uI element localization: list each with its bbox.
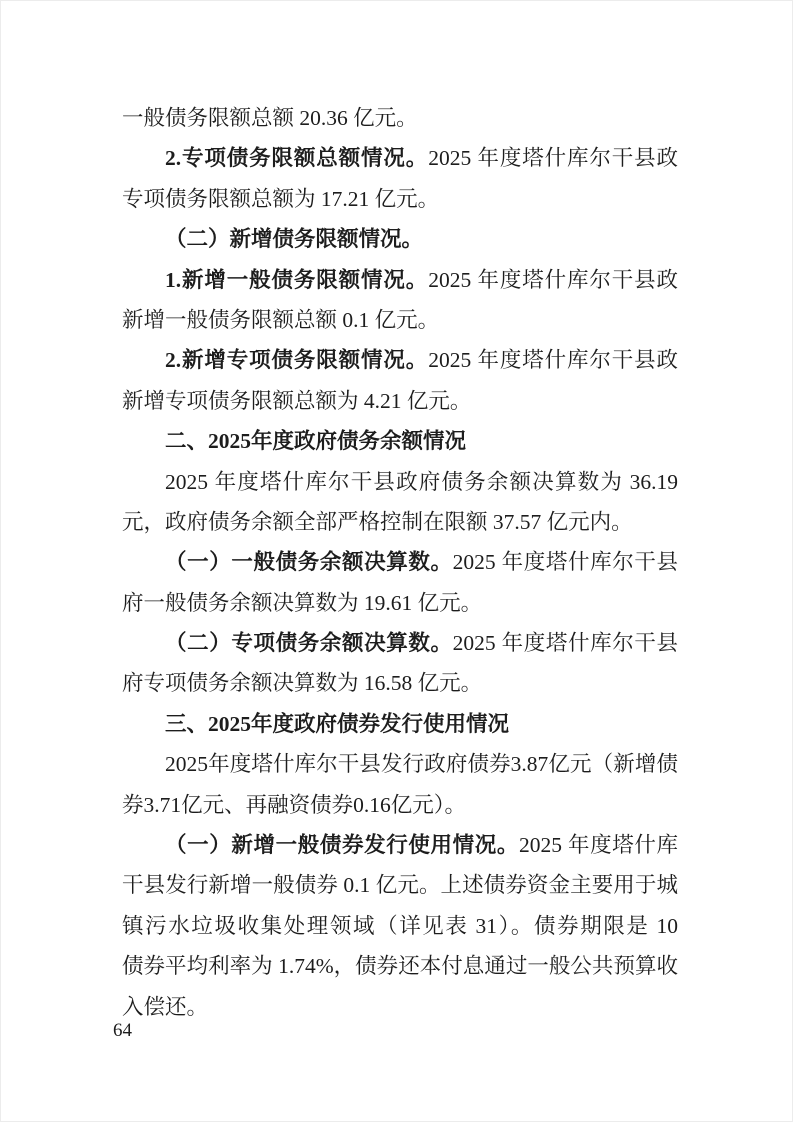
- text-line: （二）新增债务限额情况。: [122, 219, 678, 259]
- text-line: 镇污水垃圾收集处理领域（详见表 31）。债券期限是 10 期，: [122, 906, 678, 946]
- text-line: 府专项债务余额决算数为 16.58 亿元。: [122, 663, 678, 703]
- text-segment: 府一般债务余额决算数为 19.61 亿元。: [122, 591, 482, 615]
- text-segment: 入偿还。: [122, 995, 208, 1019]
- text-line: 三、2025年度政府债券发行使用情况: [122, 704, 678, 744]
- text-line: 府一般债务余额决算数为 19.61 亿元。: [122, 583, 678, 623]
- bold-text-segment: 2.新增专项债务限额情况。: [165, 348, 428, 372]
- text-segment: 2025 年度塔什库尔干县政府债务余额决算数为 36.19 亿: [165, 470, 678, 502]
- page-number: 64: [113, 1020, 132, 1042]
- bold-text-segment: 2.专项债务限额总额情况。: [165, 146, 428, 170]
- text-line: 2025年度塔什库尔干县发行政府债券3.87亿元（新增债: [122, 744, 678, 784]
- text-segment: 元，政府债务余额全部严格控制在限额 37.57 亿元内。: [122, 510, 633, 534]
- text-segment: 债券平均利率为 1.74%，债券还本付息通过一般公共预算收: [122, 954, 678, 978]
- bold-text-segment: 1.新增一般债务限额情况。: [165, 268, 428, 292]
- text-line: 干县发行新增一般债券 0.1 亿元。上述债券资金主要用于城: [122, 865, 678, 905]
- bold-text-segment: 三、2025年度政府债券发行使用情况: [165, 712, 509, 736]
- text-segment: 新增一般债务限额总额 0.1 亿元。: [122, 308, 439, 332]
- text-segment: 新增专项债务限额总额为 4.21 亿元。: [122, 389, 471, 413]
- document-body: 一般债务限额总额 20.36 亿元。2.专项债务限额总额情况。2025 年度塔什…: [122, 98, 678, 1027]
- bold-text-segment: （一）一般债务余额决算数。: [165, 550, 453, 574]
- text-segment: 府专项债务余额决算数为 16.58 亿元。: [122, 671, 482, 695]
- text-line: 新增一般债务限额总额 0.1 亿元。: [122, 300, 678, 340]
- text-line: 入偿还。: [122, 987, 678, 1027]
- bold-text-segment: （一）新增一般债券发行使用情况。: [165, 833, 519, 857]
- text-line: 1.新增一般债务限额情况。2025 年度塔什库尔干县政府: [122, 260, 678, 300]
- text-line: 2.新增专项债务限额情况。2025 年度塔什库尔干县政府: [122, 340, 678, 380]
- document-page: 一般债务限额总额 20.36 亿元。2.专项债务限额总额情况。2025 年度塔什…: [0, 0, 793, 1122]
- text-line: （一）一般债务余额决算数。2025 年度塔什库尔干县政: [122, 542, 678, 582]
- text-segment: 券3.71亿元、再融资债券0.16亿元）。: [122, 793, 466, 817]
- text-line: 债券平均利率为 1.74%，债券还本付息通过一般公共预算收: [122, 946, 678, 986]
- text-line: 元，政府债务余额全部严格控制在限额 37.57 亿元内。: [122, 502, 678, 542]
- text-segment: 一般债务限额总额 20.36 亿元。: [122, 106, 418, 130]
- text-line: 券3.71亿元、再融资债券0.16亿元）。: [122, 785, 678, 825]
- text-line: 二、2025年度政府债务余额情况: [122, 421, 678, 461]
- text-segment: 镇污水垃圾收集处理领域（详见表 31）。债券期限是 10 期，: [122, 914, 678, 946]
- bold-text-segment: 二、2025年度政府债务余额情况: [165, 429, 466, 453]
- text-line: 专项债务限额总额为 17.21 亿元。: [122, 179, 678, 219]
- bold-text-segment: （二）新增债务限额情况。: [165, 227, 423, 251]
- text-line: 2025 年度塔什库尔干县政府债务余额决算数为 36.19 亿: [122, 462, 678, 502]
- text-line: 2.专项债务限额总额情况。2025 年度塔什库尔干县政府: [122, 138, 678, 178]
- text-line: （一）新增一般债券发行使用情况。2025 年度塔什库尔: [122, 825, 678, 865]
- text-line: 新增专项债务限额总额为 4.21 亿元。: [122, 381, 678, 421]
- text-line: 一般债务限额总额 20.36 亿元。: [122, 98, 678, 138]
- text-line: （二）专项债务余额决算数。2025 年度塔什库尔干县政: [122, 623, 678, 663]
- text-segment: 干县发行新增一般债券 0.1 亿元。上述债券资金主要用于城: [122, 873, 678, 897]
- text-segment: 2025年度塔什库尔干县发行政府债券3.87亿元（新增债: [165, 752, 678, 776]
- text-segment: 专项债务限额总额为 17.21 亿元。: [122, 187, 439, 211]
- bold-text-segment: （二）专项债务余额决算数。: [165, 631, 453, 655]
